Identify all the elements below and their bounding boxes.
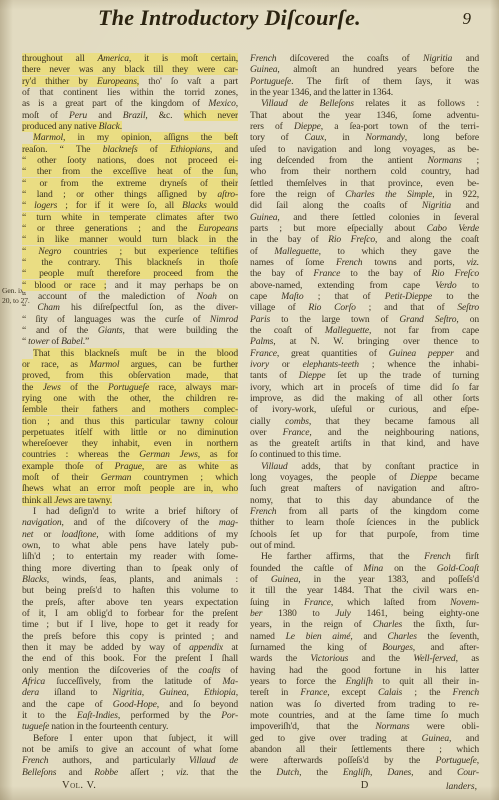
text-line: ſettled themſelves in that province, eve… xyxy=(250,178,479,189)
text-line: years to force the Engliſh to quit all t… xyxy=(250,676,479,687)
text-line: founded the caſtle of Mina on the Gold-C… xyxy=(250,563,479,574)
text-line: Villaud de Belleſons relates it as follo… xyxy=(250,98,479,109)
text-line: moſt of their German countrymen ; which xyxy=(22,472,238,483)
highlight: “ or three generations ; and the Europea… xyxy=(22,223,238,234)
text-line: Before I enter upon that ſubject, it wil… xyxy=(22,733,238,744)
highlight: ry'd thither by Europeans, xyxy=(22,76,139,87)
text-line: “ in like manner would turn black in the xyxy=(22,234,238,245)
text-line: abandon all their ſettlements there ; wh… xyxy=(250,744,479,755)
highlight: rying one with the other, the children r… xyxy=(22,393,238,404)
text-line: named Le bien aimé, and Charles the ſeve… xyxy=(250,631,479,642)
footer-right: D landers, xyxy=(250,780,479,794)
text-line: “ blood or race ; and it may perhaps be … xyxy=(22,280,238,291)
highlight: which never xyxy=(184,110,238,121)
highlight: “ Negro countries ; but experience teſti… xyxy=(22,246,238,257)
page-number: 9 xyxy=(463,9,472,29)
text-line: the Jews of the Portugueſe race, always … xyxy=(22,382,238,393)
text-line: tion ; and thus this particular tawny co… xyxy=(22,416,238,427)
text-line: Africa ſucceſſively, from the latitude o… xyxy=(22,676,238,687)
highlight: throughout all America, it is moſt certa… xyxy=(22,53,238,64)
text-line: “ or from the extreme dryneſs of their xyxy=(22,178,238,189)
text-line: ber 1380 to July 1461, being eighty-one xyxy=(250,608,479,619)
text-line: I had deſign'd to write a brief hiſtory … xyxy=(22,506,238,517)
text-line: it till the year 1484. That the civil wa… xyxy=(250,585,479,596)
highlight: there never was any black till they were… xyxy=(22,64,238,75)
text-line: proved, from this obſervation made, that xyxy=(22,370,238,381)
text-line: ſo continued to this time. xyxy=(250,449,479,460)
highlight: “ logers ; for if it were ſo, all Blacks… xyxy=(22,200,238,211)
text-line: in the year 1346, and the latter in 1364… xyxy=(250,87,479,98)
text-line: the coaſt of Malleguette, not far from c… xyxy=(250,325,479,336)
text-line: countries : whereas the German Jews, as … xyxy=(22,449,238,460)
text-line: He farther affirms, that the French firſ… xyxy=(250,551,479,562)
highlight: proved, from this obſervation made, that xyxy=(22,370,238,381)
text-line: and the cape of Good-Hope, and ſo beyond xyxy=(22,699,238,710)
text-line: reaſon. “ The blackneſs of Ethiopians, a… xyxy=(22,144,238,155)
highlight: ſemble their fathers and mothers complec… xyxy=(22,404,238,415)
text-line: rying one with the other, the children r… xyxy=(22,393,238,404)
text-line: the preſs before this copy is printed ; … xyxy=(22,631,238,642)
text-line: French from all parts of the kingdom com… xyxy=(250,506,479,517)
signature-mark: D xyxy=(250,780,479,791)
highlight: tion ; and thus this particular tawny co… xyxy=(22,416,238,427)
text-line: Guinea, almoſt an hundred years before t… xyxy=(250,64,479,75)
highlight: or race, as Marmol argues, can be furthe… xyxy=(22,359,238,370)
text-line: “ or three generations ; and the Europea… xyxy=(22,223,238,234)
text-line: years, in the reign of Charles the ſixth… xyxy=(250,619,479,630)
text-line: mote countries, and at the ſame time ſo … xyxy=(250,710,479,721)
text-line: only mention the diſcoveries of the coaſ… xyxy=(22,665,238,676)
text-line: That about the year 1346, ſome adventu- xyxy=(250,110,479,121)
text-line: there never was any black till they were… xyxy=(22,64,238,75)
highlight: Marmol, in my opinion, aſſigns the beſt xyxy=(33,132,238,143)
text-line: net or loadſtone, with ſome additions of… xyxy=(22,529,238,540)
text-line: nation was ſo diverted from trading to r… xyxy=(250,699,479,710)
text-line: were afterwards poſſeſs'd by the Portugu… xyxy=(250,755,479,766)
text-line: over France, and the neighbouring nation… xyxy=(250,427,479,438)
text-line: “ other ſooty nations, does not proceed … xyxy=(22,155,238,166)
highlight: reaſon. “ The blackneſs of Ethiopians, a… xyxy=(22,144,238,155)
page-title: The Introductory Diſcourſe. xyxy=(0,5,459,31)
text-line: “ and of the Giants, that were building … xyxy=(22,325,238,336)
text-line: Portugueſe. The firſt of them ſays, it w… xyxy=(250,76,479,87)
text-line: long voyages, the people of Dieppe becam… xyxy=(250,472,479,483)
volume-label: Vol. V. xyxy=(62,780,96,791)
text-line: ſuch great maſters of navigation and aſt… xyxy=(250,483,479,494)
text-line: uſed to navigation and long voyages, as … xyxy=(250,144,479,155)
text-line: “ ſity of languages was the curſe of Nim… xyxy=(22,314,238,325)
text-line: of it, I am oblig'd to forbear for the p… xyxy=(22,608,238,619)
text-line: ſurnamed the king of Bourges, and after- xyxy=(250,642,479,653)
text-line: “ ther from the exceſſive heat of the ſu… xyxy=(22,166,238,177)
highlight: “ or from the extreme dryneſs of their xyxy=(22,178,238,189)
text-line: as is a great part of the kingdom of Mex… xyxy=(22,98,238,109)
text-line: French diſcovered the coaſts of Nigritia… xyxy=(250,53,479,64)
text-line: “ the contrary. This blackneſs in thoſe xyxy=(22,257,238,268)
highlight: example thoſe of Prague, are as white as xyxy=(22,461,238,472)
text-line: village of Rio Corſo ; and that of Seſtr… xyxy=(250,302,479,313)
text-line: thither to learn thoſe ſciences in the p… xyxy=(250,517,479,528)
text-line: whereſoever they inhabit, even in northe… xyxy=(22,438,238,449)
text-line: time ; but if I live, hope to get it rea… xyxy=(22,619,238,630)
text-line: Marmol, in my opinion, aſſigns the beſt xyxy=(22,132,238,143)
text-line: tory of Caux, in Normandy, long before xyxy=(250,132,479,143)
text-line: ſemble their fathers and mothers complec… xyxy=(22,404,238,415)
text-line: Blacks, winds, ſeas, plants, and animals… xyxy=(22,574,238,585)
text-line: “ Cham his diſreſpectful ſon, as the div… xyxy=(22,302,238,313)
text-line: ry'd thither by Europeans, tho' ſo vaſt … xyxy=(22,76,238,87)
text-line: did ſail along the coaſts of Nigritia an… xyxy=(250,200,479,211)
text-line: Villaud adds, that by conſtant practice … xyxy=(250,461,479,472)
text-line: “ land ; or other things aſſigned by aſt… xyxy=(22,189,238,200)
text-line: the end of this book. For the preſent I … xyxy=(22,653,238,664)
text-line: tants of Dieppe ſet up the trade of turn… xyxy=(250,370,479,381)
text-line: cially combs, that they became famous al… xyxy=(250,416,479,427)
text-line: rers of Dieppe, a ſea-port town of the t… xyxy=(250,121,479,132)
text-line: in the bay of Rio Freſco, and along the … xyxy=(250,234,479,245)
text-line: France, great quantities of Guinea peppe… xyxy=(250,348,479,359)
text-line: of Malleguette, to which they gave the xyxy=(250,246,479,257)
text-line: Paris to the large town of Grand Seſtro,… xyxy=(250,314,479,325)
highlight: “ turn white in temperate climates after… xyxy=(22,212,238,223)
text-line: thing more diverting than to ſpeak only … xyxy=(22,563,238,574)
highlight: ſhews what an error moſt people are in, … xyxy=(22,483,238,494)
highlight: whereſoever they inhabit, even in northe… xyxy=(22,438,238,449)
highlight: “ ther from the exceſſive heat of the ſu… xyxy=(22,166,238,177)
text-line: French authors, and particularly Villaud… xyxy=(22,755,238,766)
text-line: navigation, and of the diſcovery of the … xyxy=(22,517,238,528)
text-line: names of ſome French towns and ports, vi… xyxy=(250,257,479,268)
highlight: produced any native Black. xyxy=(22,121,122,132)
highlight: think all Jews are tawny. xyxy=(22,495,112,506)
text-line: having had the good fortune in his latte… xyxy=(250,665,479,676)
highlight: “ people muſt therefore proceed from the xyxy=(22,268,238,279)
highlight: “ in like manner would turn black in the xyxy=(22,234,238,245)
text-line: it to the Eaſt-Indies, performed by the … xyxy=(22,710,238,721)
text-line: or race, as Marmol argues, can be furthe… xyxy=(22,359,238,370)
text-line: ged to give over trading at Guinea, and xyxy=(250,733,479,744)
highlight: perpetuates itſelf with little or no dim… xyxy=(22,427,238,438)
text-line: above-named, extending from cape Verdo t… xyxy=(250,280,479,291)
text-line: “ Negro countries ; but experience teſti… xyxy=(22,246,238,257)
text-line: Belleſons and Robbe aſſert ; viz. that t… xyxy=(22,767,238,778)
text-line: perpetuates itſelf with little or no dim… xyxy=(22,427,238,438)
text-line: wards the Victorious and the Well-ſerved… xyxy=(250,653,479,664)
text-line: tugueſe nation in the fourteenth century… xyxy=(22,721,238,732)
catchword: landers, xyxy=(446,781,477,792)
text-line: dera iſland to Nigritia, Guinea, Ethiopi… xyxy=(22,687,238,698)
text-line: produced any native Black. xyxy=(22,121,238,132)
highlight: That this blackneſs muſt be in the blood xyxy=(33,348,238,359)
text-line: ſuing in France, which laſted from Novem… xyxy=(250,597,479,608)
text-line: nomy, that to this day abundance of the xyxy=(250,495,479,506)
text-line: That this blackneſs muſt be in the blood xyxy=(22,348,238,359)
highlight: the Jews of the Portugueſe race, always … xyxy=(22,382,238,393)
text-line: not be amiſs to give an account of what … xyxy=(22,744,238,755)
right-column: French diſcovered the coaſts of Nigritia… xyxy=(250,53,479,778)
text-line: of Guinea, in the year 1383, and poſſeſs… xyxy=(250,574,479,585)
highlight: countries : whereas the German Jews, as … xyxy=(22,449,238,460)
text-line: tereſt in France, except Calais ; the Fr… xyxy=(250,687,479,698)
running-head: The Introductory Diſcourſe. 9 xyxy=(0,5,499,39)
highlight: “ other ſooty nations, does not proceed … xyxy=(22,155,238,166)
text-line: “ turn white in temperate climates after… xyxy=(22,212,238,223)
text-line: as the greateſt artiſts in that kind, an… xyxy=(250,438,479,449)
text-line: cape Maſto ; that of Petit-Dieppe to the xyxy=(250,291,479,302)
text-line: but being preſs'd to haſten this volume … xyxy=(22,585,238,596)
text-line: Palms, at N. W. bringing over thence to xyxy=(250,336,479,347)
text-line: improve, as did the making of all other … xyxy=(250,393,479,404)
text-line: “ people muſt therefore proceed from the xyxy=(22,268,238,279)
highlight: “ land ; or other things aſſigned by aſt… xyxy=(22,189,238,200)
text-line: who from their northern cold country, ha… xyxy=(250,166,479,177)
text-line: then it may be added by way of appendix … xyxy=(22,642,238,653)
highlight: “ the contrary. This blackneſs in thoſe xyxy=(22,257,238,268)
text-line: ivory, which art in proceſs of time did … xyxy=(250,382,479,393)
text-line: of that continent lies within the torrid… xyxy=(22,87,238,98)
text-line: the bay of France to the bay of Rio Freſ… xyxy=(250,268,479,279)
text-line: ſchools ſet up for that purpoſe, from ti… xyxy=(250,529,479,540)
left-column: throughout all America, it is moſt certa… xyxy=(22,53,238,778)
text-line: liſh'd ; to entertain my reader with ſom… xyxy=(22,551,238,562)
text-line: “ logers ; for if it were ſo, all Blacks… xyxy=(22,200,238,211)
text-line: moſt of Peru and Brazil, &c. which never xyxy=(22,110,238,121)
book-page: The Introductory Diſcourſe. 9 Gen. ix. 2… xyxy=(0,0,499,800)
text-line: “ account of the malediction of Noah on xyxy=(22,291,238,302)
text-line: fore the reign of Charles the Simple, in… xyxy=(250,189,479,200)
text-line: Guinea, and there ſettled colonies in ſe… xyxy=(250,212,479,223)
text-columns: throughout all America, it is moſt certa… xyxy=(22,53,479,778)
text-line: the Dutch, the Engliſh, Danes, and Cour- xyxy=(250,767,479,778)
text-line: the preſs, after above ten years expecta… xyxy=(22,597,238,608)
text-line: ivory or elephants-teeth ; whence the in… xyxy=(250,359,479,370)
text-line: of ivory-work, uſeful or curious, and eſ… xyxy=(250,404,479,415)
text-line: parts ; but more eſpecially about Cabo V… xyxy=(250,223,479,234)
text-line: impoveriſh'd, that the Normans were obli… xyxy=(250,721,479,732)
text-line: ſhews what an error moſt people are in, … xyxy=(22,483,238,494)
highlight: “ blood or race ; xyxy=(22,280,106,291)
text-line: own, to what able pens have lately pub- xyxy=(22,540,238,551)
text-line: out of mind. xyxy=(250,540,479,551)
text-line: throughout all America, it is moſt certa… xyxy=(22,53,238,64)
text-line: example thoſe of Prague, are as white as xyxy=(22,461,238,472)
highlight: moſt of their German countrymen ; which xyxy=(22,472,238,483)
text-line: think all Jews are tawny. xyxy=(22,495,238,506)
text-line: ing deſcended from the antient Normans ; xyxy=(250,155,479,166)
text-line: “ tower of Babel.” xyxy=(22,336,238,347)
